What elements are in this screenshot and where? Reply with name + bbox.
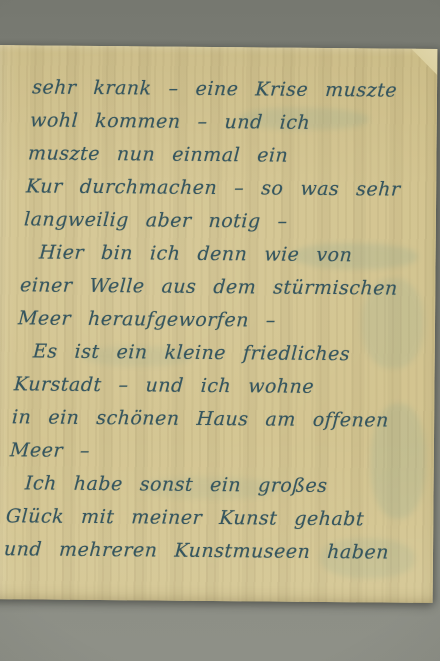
handwritten-line: wohl kommen – und ich (29, 104, 435, 141)
letter-text: sehr krank – eine Krise muszte wohl komm… (3, 71, 437, 569)
handwritten-line: Es ist ein kleine friedliches (15, 335, 421, 372)
handwritten-line: in ein schönen Haus am offenen (11, 401, 417, 438)
handwritten-line: einer Welle aus dem stürmischen (19, 269, 425, 306)
handwritten-line: Meer – (9, 434, 415, 471)
handwritten-line: Meer heraufgeworfen – (17, 302, 423, 339)
handwritten-line: Hier bin ich denn wie von (21, 236, 427, 273)
letter-paper: sehr krank – eine Krise muszte wohl komm… (0, 45, 437, 603)
handwritten-line: Ich habe sonst ein großes (7, 467, 413, 504)
paper-corner-fold (411, 49, 437, 75)
handwritten-line: und mehreren Kunstmuseen haben (3, 533, 409, 570)
letter-photo: sehr krank – eine Krise muszte wohl komm… (0, 0, 440, 661)
handwritten-line: muszte nun einmal ein (27, 137, 433, 174)
handwritten-line: langweilig aber notig – (23, 203, 429, 240)
handwritten-line: Kurstadt – und ich wohne (13, 368, 419, 405)
handwritten-line: Glück mit meiner Kunst gehabt (5, 500, 411, 537)
handwritten-line: sehr krank – eine Krise muszte (31, 71, 437, 108)
handwritten-line: Kur durchmachen – so was sehr (25, 170, 431, 207)
